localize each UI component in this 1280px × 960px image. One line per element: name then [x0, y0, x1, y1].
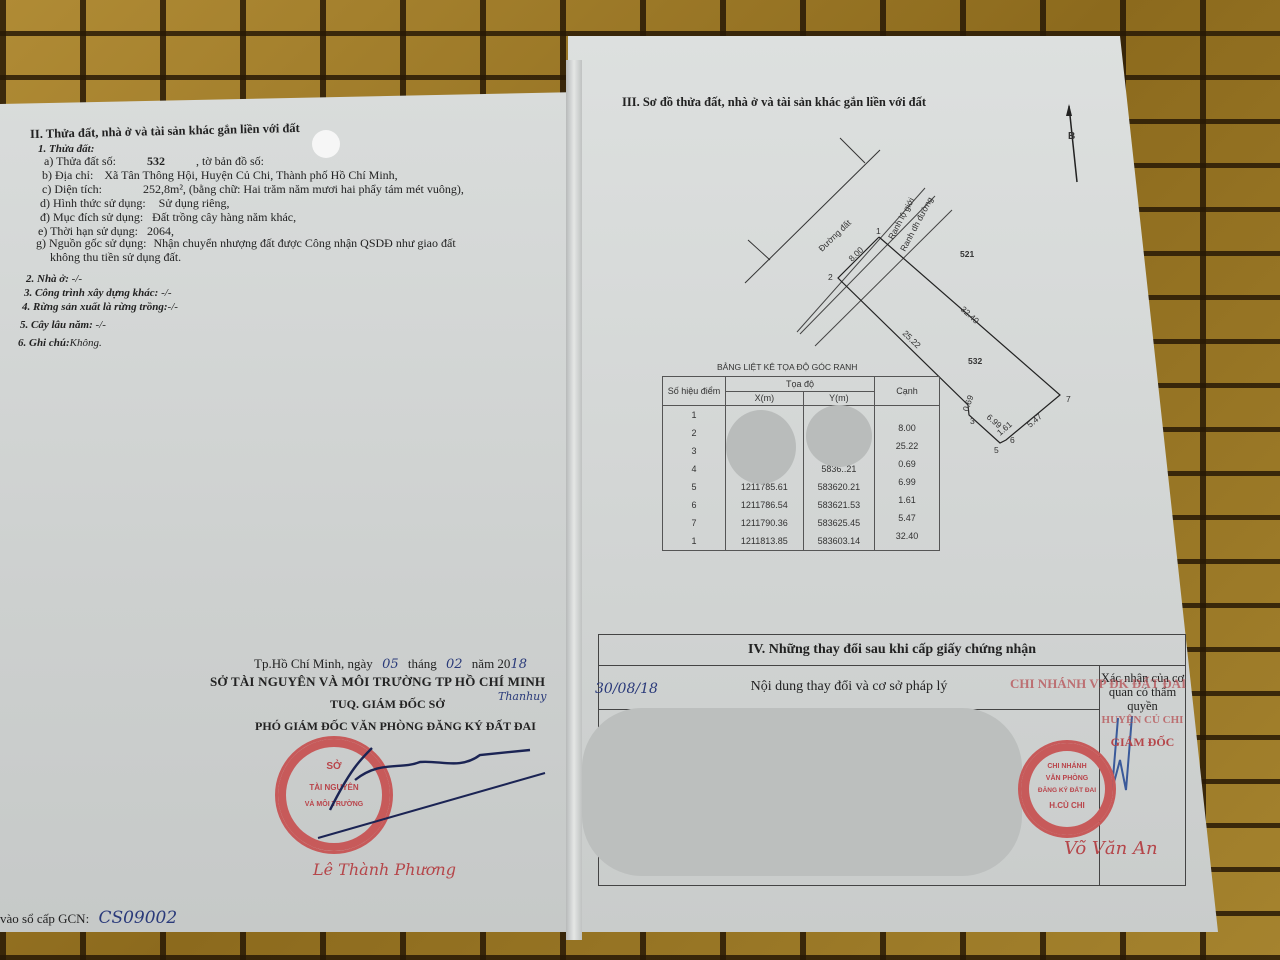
signer-name-right: Võ Văn An [1064, 838, 1158, 859]
cell-point: 4 [663, 460, 726, 478]
col-coords: Tọa độ [726, 377, 875, 392]
svg-text:0.69: 0.69 [960, 393, 975, 412]
cell-edge: 0.69 [875, 442, 940, 460]
cell-y: 583620.21 [803, 478, 874, 496]
table-row: 45836..216.99 [663, 460, 940, 478]
cell-point: 5 [663, 478, 726, 496]
coord-table: Số hiệu điểm Tọa độ Cạnh X(m) Y(m) 18.00… [662, 376, 940, 551]
svg-text:5: 5 [994, 445, 999, 455]
coord-table-title: BẢNG LIỆT KÊ TỌA ĐỘ GÓC RANH [717, 362, 857, 372]
cell-edge: 6.99 [875, 460, 940, 478]
cell-point: 3 [663, 442, 726, 460]
road-label: Đường đất [816, 217, 853, 253]
table-row: 18.00 [663, 406, 940, 425]
col-y: Y(m) [803, 391, 874, 406]
cell-x: 1211813.85 [726, 532, 804, 551]
stamp-title: GIÁM ĐỐC [1100, 735, 1185, 749]
parcel-label: 532 [968, 356, 982, 366]
cell-edge: 25.22 [875, 424, 940, 442]
cell-y: 583625.45 [803, 514, 874, 532]
cell-y: 583621.53 [803, 496, 874, 514]
cell-edge: 1.61 [875, 478, 940, 496]
changes-title: IV. Những thay đổi sau khi cấp giấy chứn… [599, 635, 1185, 666]
cell-x: 1211790.36 [726, 514, 804, 532]
redaction-blur-changes [582, 708, 1022, 876]
redaction-blur-y [806, 405, 872, 467]
table-row: 30.69 [663, 442, 940, 460]
neighbor-parcel-label: 521 [960, 249, 974, 259]
cell-x: 1211786.54 [726, 496, 804, 514]
svg-text:7: 7 [1066, 394, 1071, 404]
svg-text:1: 1 [876, 226, 881, 236]
svg-text:5.47: 5.47 [1025, 411, 1044, 429]
svg-text:6: 6 [1010, 435, 1015, 445]
redaction-blur-x [726, 410, 796, 484]
stamp-header-2: HUYỆN CỦ CHI [1100, 713, 1185, 727]
cell-y: 583603.14 [803, 532, 874, 551]
col-point: Số hiệu điểm [663, 377, 726, 406]
stamp-header-1: CHI NHÁNH VP ĐK ĐẤT ĐAI [1010, 677, 1186, 691]
cell-edge [875, 532, 940, 551]
svg-text:25.22: 25.22 [901, 328, 923, 350]
table-row: 51211785.61583620.211.61 [663, 478, 940, 496]
table-row: 61211786.54583621.535.47 [663, 496, 940, 514]
north-label: B [1068, 131, 1075, 142]
cell-edge: 32.40 [875, 514, 940, 532]
cell-edge: 5.47 [875, 496, 940, 514]
cell-point: 1 [663, 532, 726, 551]
table-row: 71211790.36583625.4532.40 [663, 514, 940, 532]
cell-point: 1 [663, 406, 726, 425]
col-edge: Cạnh [875, 377, 940, 406]
cell-point: 7 [663, 514, 726, 532]
table-row: 225.22 [663, 424, 940, 442]
cell-point: 6 [663, 496, 726, 514]
official-stamp-right: CHI NHÁNH VĂN PHÒNG ĐĂNG KÝ ĐẤT ĐAI H.CỦ… [1018, 740, 1116, 838]
svg-text:8.00: 8.00 [846, 245, 865, 264]
table-row: 11211813.85583603.14 [663, 532, 940, 551]
cell-point: 2 [663, 424, 726, 442]
handwritten-change-date: 30/08/18 [595, 681, 658, 697]
svg-text:2: 2 [828, 272, 833, 282]
svg-text:3: 3 [970, 416, 975, 426]
col-x: X(m) [726, 391, 804, 406]
cell-edge: 8.00 [875, 406, 940, 425]
